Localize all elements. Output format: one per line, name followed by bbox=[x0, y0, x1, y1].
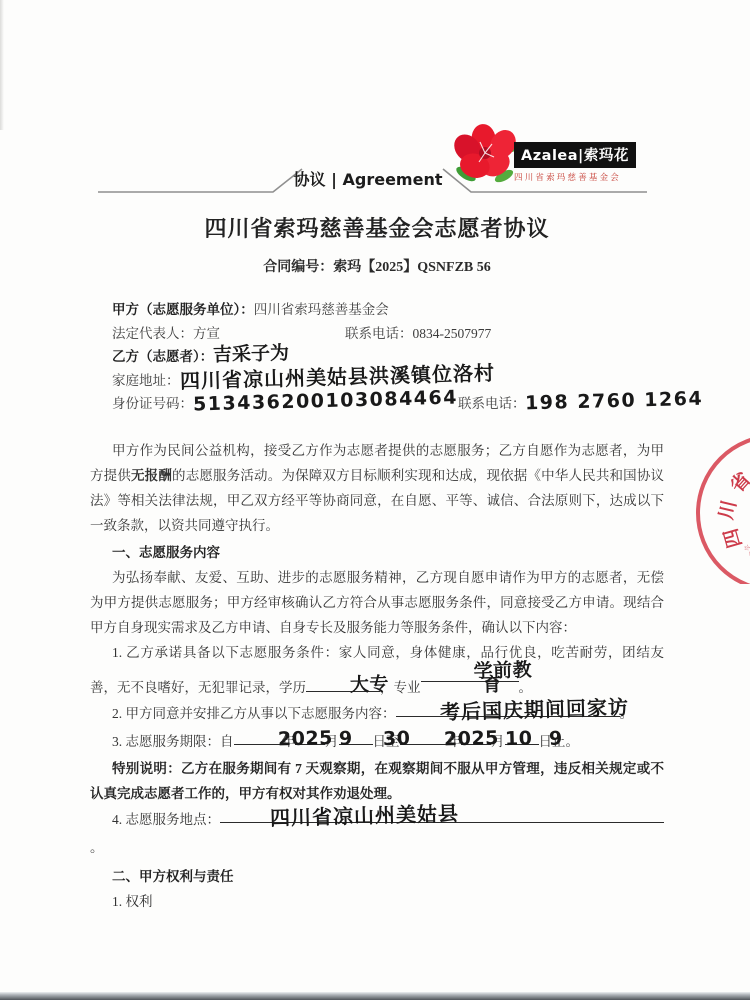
parties-block: 甲方（志愿服务单位）：四川省索玛慈善基金会 法定代表人：方宣联系电话：0834-… bbox=[112, 298, 664, 416]
to-day-handwritten: 9 bbox=[526, 731, 562, 746]
scan-edge-bottom bbox=[0, 992, 750, 1000]
legal-rep-value: 方宣 bbox=[193, 326, 220, 341]
address-handwritten: 四川省凉山州美姑县洪溪镇位洛村 bbox=[179, 365, 494, 387]
phone-b-handwritten: 198 2760 1264 bbox=[525, 392, 703, 411]
item-3-service-period: 3. 志愿服务期限：自2025年9月30日至2025年10月9日止。 bbox=[90, 728, 664, 756]
to-month-handwritten: 10 bbox=[483, 731, 533, 746]
id-phone-line: 身份证号码：513436200103084464联系电话：198 2760 12… bbox=[112, 392, 664, 416]
legal-rep-label: 法定代表人： bbox=[112, 326, 193, 341]
seal-char: 四 bbox=[716, 526, 747, 552]
item-1-conditions: 1. 乙方承诺具备以下志愿服务条件：家人同意，身体健康，品行优良，吃苦耐劳，团结… bbox=[90, 640, 664, 700]
preamble-bold-unpaid: 无报酬 bbox=[131, 468, 172, 483]
seal-arc-caption: 慈善基金会 bbox=[741, 542, 750, 575]
service-location-handwritten: 四川省凉山州美姑县 bbox=[248, 806, 459, 826]
service-content-field: 考后国庆期间回家访 bbox=[396, 700, 620, 717]
major-handwritten: 学前教育 bbox=[442, 662, 541, 693]
legal-rep-line: 法定代表人：方宣联系电话：0834-2507977 bbox=[112, 322, 664, 346]
party-a-value: 四川省索玛慈善基金会 bbox=[254, 302, 389, 317]
item-4-label: 4. 志愿服务地点： bbox=[112, 812, 220, 827]
item-4-service-location: 4. 志愿服务地点：四川省凉山州美姑县。 bbox=[90, 806, 664, 862]
phone-a-value: 0834-2507977 bbox=[413, 326, 492, 341]
scanned-agreement-page: Azalea|索玛花 四川省索玛慈善基金会 协议 | Agreement 四川省… bbox=[0, 0, 750, 1000]
item-2-label: 2. 甲方同意并安排乙方从事以下志愿服务内容： bbox=[112, 706, 396, 721]
party-a-label: 甲方（志愿服务单位）： bbox=[112, 302, 254, 317]
section2-sub-rights: 1. 权利 bbox=[90, 889, 664, 914]
service-location-field: 四川省凉山州美姑县 bbox=[220, 806, 664, 823]
seal-ring: 省 川 四 慈善基金会 bbox=[696, 434, 750, 584]
education-field: 大专 bbox=[306, 675, 380, 692]
id-label: 身份证号码： bbox=[112, 396, 193, 411]
party-b-label: 乙方（志愿者）： bbox=[112, 349, 213, 364]
document-title: 四川省索玛慈善基金会志愿者协议 bbox=[90, 214, 664, 244]
from-year-field: 2025 bbox=[234, 728, 282, 745]
from-day-handwritten: 30 bbox=[360, 731, 410, 746]
item-3-label: 3. 志愿服务期限：自 bbox=[112, 734, 234, 749]
party-a-line: 甲方（志愿服务单位）：四川省索玛慈善基金会 bbox=[112, 298, 664, 322]
section2-heading: 二、甲方权利与责任 bbox=[90, 864, 664, 889]
special-note-label: 特别说明： bbox=[112, 761, 181, 776]
preamble-paragraph: 甲方作为民间公益机构，接受乙方作为志愿者提供的志愿服务；乙方自愿作为志愿者，为甲… bbox=[90, 438, 664, 538]
contract-number: 合同编号：索玛【2025】QSNFZB 56 bbox=[90, 256, 664, 276]
scan-edge-left bbox=[0, 0, 4, 130]
preamble-text-2: 的志愿服务活动。为保障双方目标顺利实现和达成，现依据《中华人民共和国协议法》等相… bbox=[90, 468, 664, 533]
special-note: 特别说明：乙方在服务期间有 7 天观察期，在观察期间不服从甲方管理，违反相关规定… bbox=[90, 756, 664, 806]
phone-a-label: 联系电话： bbox=[345, 326, 413, 341]
section1-intro: 为弘扬奉献、友爱、互助、进步的志愿服务精神，乙方现自愿申请作为甲方的志愿者，无偿… bbox=[90, 565, 664, 640]
seal-char: 川 bbox=[711, 497, 742, 522]
document-body: 四川省索玛慈善基金会志愿者协议 合同编号：索玛【2025】QSNFZB 56 甲… bbox=[90, 0, 664, 914]
service-content-handwritten: 考后国庆期间回家访 bbox=[417, 700, 628, 720]
section1-heading: 一、志愿服务内容 bbox=[90, 540, 664, 565]
phone-b-label: 联系电话： bbox=[458, 396, 526, 411]
id-handwritten: 513436200103084464 bbox=[193, 391, 458, 412]
education-handwritten: 大专 bbox=[328, 677, 389, 693]
seal-char: 省 bbox=[723, 465, 750, 497]
item-2-service-content: 2. 甲方同意并安排乙方从事以下志愿服务内容：考后国庆期间回家访。 bbox=[90, 700, 664, 728]
party-b-handwritten-name: 吉采子为 bbox=[213, 346, 289, 362]
official-seal-stamp: 省 川 四 慈善基金会 bbox=[688, 432, 750, 584]
item-4-end: 。 bbox=[90, 840, 104, 855]
major-field: 学前教育 bbox=[421, 665, 519, 682]
address-label: 家庭地址： bbox=[112, 373, 180, 388]
from-month-handwritten: 9 bbox=[317, 731, 353, 746]
